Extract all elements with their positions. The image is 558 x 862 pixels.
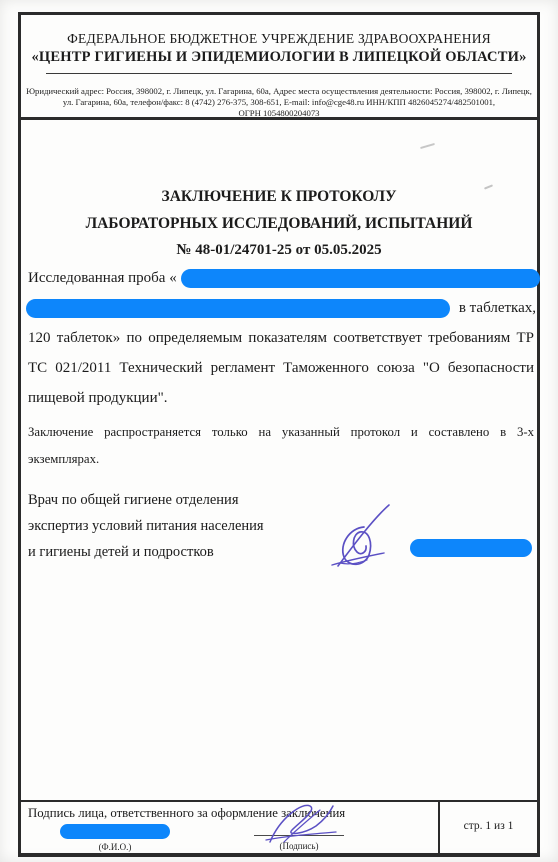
doc-title-number: № 48-01/24701-25 от 05.05.2025: [21, 242, 537, 259]
org-name-line1: ФЕДЕРАЛЬНОЕ БЮДЖЕТНОЕ УЧРЕЖДЕНИЕ ЗДРАВОО…: [21, 31, 537, 47]
body-intro-text: Исследованная проба «: [28, 263, 177, 293]
header-divider-thin: [46, 73, 512, 74]
body-line-5: пищевой продукции".: [28, 383, 534, 413]
redaction-bar: [181, 269, 540, 288]
signatory-role-line2: экспертиз условий питания населения: [28, 517, 264, 535]
body-line2-text: в таблетках,: [459, 293, 536, 323]
org-address-line2: ул. Гагарина, 60а, телефон/факс: 8 (4742…: [24, 97, 534, 108]
body-line-2: в таблетках,: [26, 293, 536, 323]
header-divider-thick: [21, 117, 537, 120]
fio-label: (Ф.И.О.): [60, 842, 170, 852]
signature-label: (Подпись): [254, 841, 344, 851]
org-name-line2: «ЦЕНТР ГИГИЕНЫ И ЭПИДЕМИОЛОГИИ В ЛИПЕЦКО…: [21, 49, 537, 66]
body-line-intro: Исследованная проба «: [28, 263, 540, 293]
redaction-bar-fio: [60, 824, 170, 839]
signature-scribble: [326, 502, 396, 572]
signatory-role-line3: и гигиены детей и подростков: [28, 543, 214, 561]
note-line-2: экземплярах.: [28, 450, 534, 468]
redaction-bar-signatory-name: [410, 539, 532, 557]
footer-signature-scribble: [260, 796, 342, 846]
org-address-block: Юридический адрес: Россия, 398002, г. Ли…: [24, 86, 534, 119]
doc-title-line1: ЗАКЛЮЧЕНИЕ К ПРОТОКОЛУ: [21, 188, 537, 206]
body-line-3: 120 таблеток» по определяемым показателя…: [28, 323, 534, 353]
redaction-bar: [26, 299, 450, 318]
scanned-document-page: ФЕДЕРАЛЬНОЕ БЮДЖЕТНОЕ УЧРЕЖДЕНИЕ ЗДРАВОО…: [0, 0, 558, 862]
org-address-line1: Юридический адрес: Россия, 398002, г. Ли…: [24, 86, 534, 97]
body-line-4: ТС 021/2011 Технический регламент Таможе…: [28, 353, 534, 383]
doc-title-line2: ЛАБОРАТОРНЫХ ИССЛЕДОВАНИЙ, ИСПЫТАНИЙ: [21, 215, 537, 233]
note-line-1: Заключение распространяется только на ук…: [28, 423, 534, 441]
signatory-role-line1: Врач по общей гигиене отделения: [28, 491, 239, 509]
page-number: стр. 1 из 1: [440, 820, 537, 832]
